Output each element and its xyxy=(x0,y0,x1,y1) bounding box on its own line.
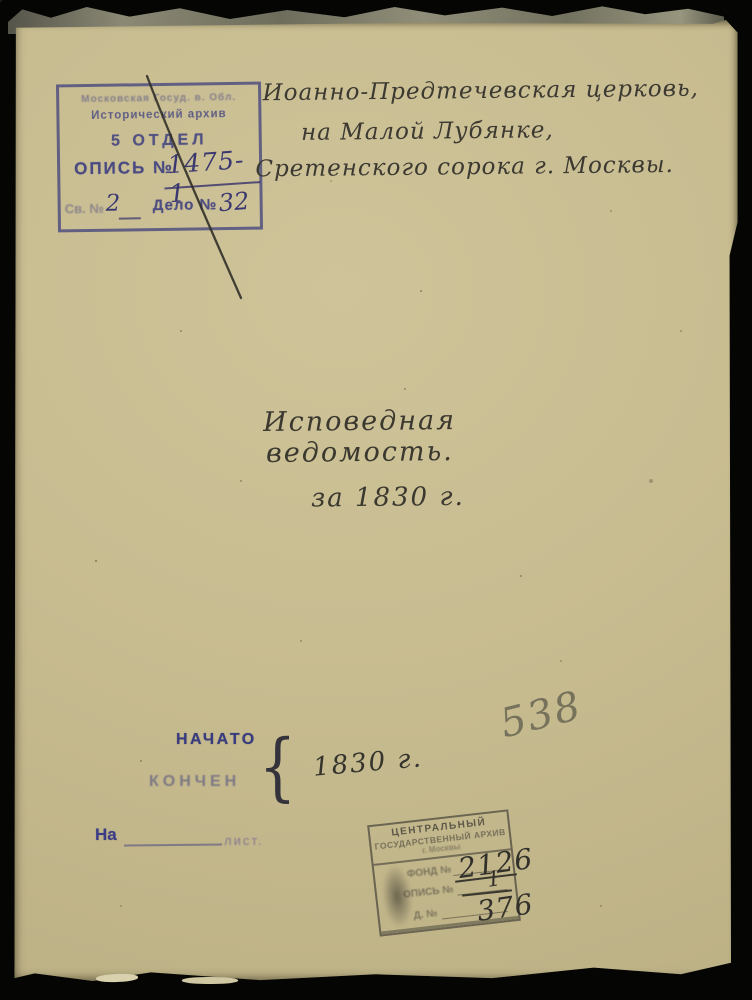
scanned-archive-cover: Московская Госуд. в. Обл. Исторический а… xyxy=(0,0,752,1000)
delo-label: Д. № xyxy=(413,908,438,922)
sv-number-handwritten: 2 xyxy=(105,191,120,217)
delo-number-handwritten: 32 xyxy=(218,187,251,217)
document-title-line1: Исповедная ведомость. xyxy=(169,404,550,470)
fond-label: ФОНД № xyxy=(406,864,452,880)
church-inscription-line3: Сретенского сорока г. Москвы. xyxy=(255,152,705,183)
document-title-line2: за 1830 г. xyxy=(170,481,550,515)
sv-label: Св. № xyxy=(65,201,104,217)
handwritten-brace: { xyxy=(259,730,297,804)
church-inscription-line1: Иоанно-Предтечевская церковь, xyxy=(262,76,704,107)
leaf-count-prefix: На xyxy=(95,825,117,845)
document-title-inscription: Исповедная ведомость. за 1830 г. xyxy=(169,404,550,515)
paper-speckles xyxy=(0,0,2,2)
church-inscription-line2: на Малой Лубянке, xyxy=(301,116,705,146)
delo-label: Дело № xyxy=(153,196,218,214)
church-inscription: Иоанно-Предтечевская церковь, на Малой Л… xyxy=(254,76,705,183)
torn-edge-fragment xyxy=(96,973,138,982)
sv-underline xyxy=(119,217,141,219)
finished-stamp-label: КОНЧЕН xyxy=(149,773,240,791)
torn-edge-fragment xyxy=(182,977,238,984)
registration-stamp-org-line1: Московская Госуд. в. Обл. xyxy=(59,92,258,106)
started-stamp-label: НАЧАТО xyxy=(176,731,257,749)
registration-stamp-org-line2: Исторический архив xyxy=(59,108,258,123)
leaf-count-suffix: лист. xyxy=(224,833,263,848)
opis-label: ОПИСЬ № xyxy=(74,158,174,179)
registration-stamp: Московская Госуд. в. Обл. Исторический а… xyxy=(56,82,263,233)
